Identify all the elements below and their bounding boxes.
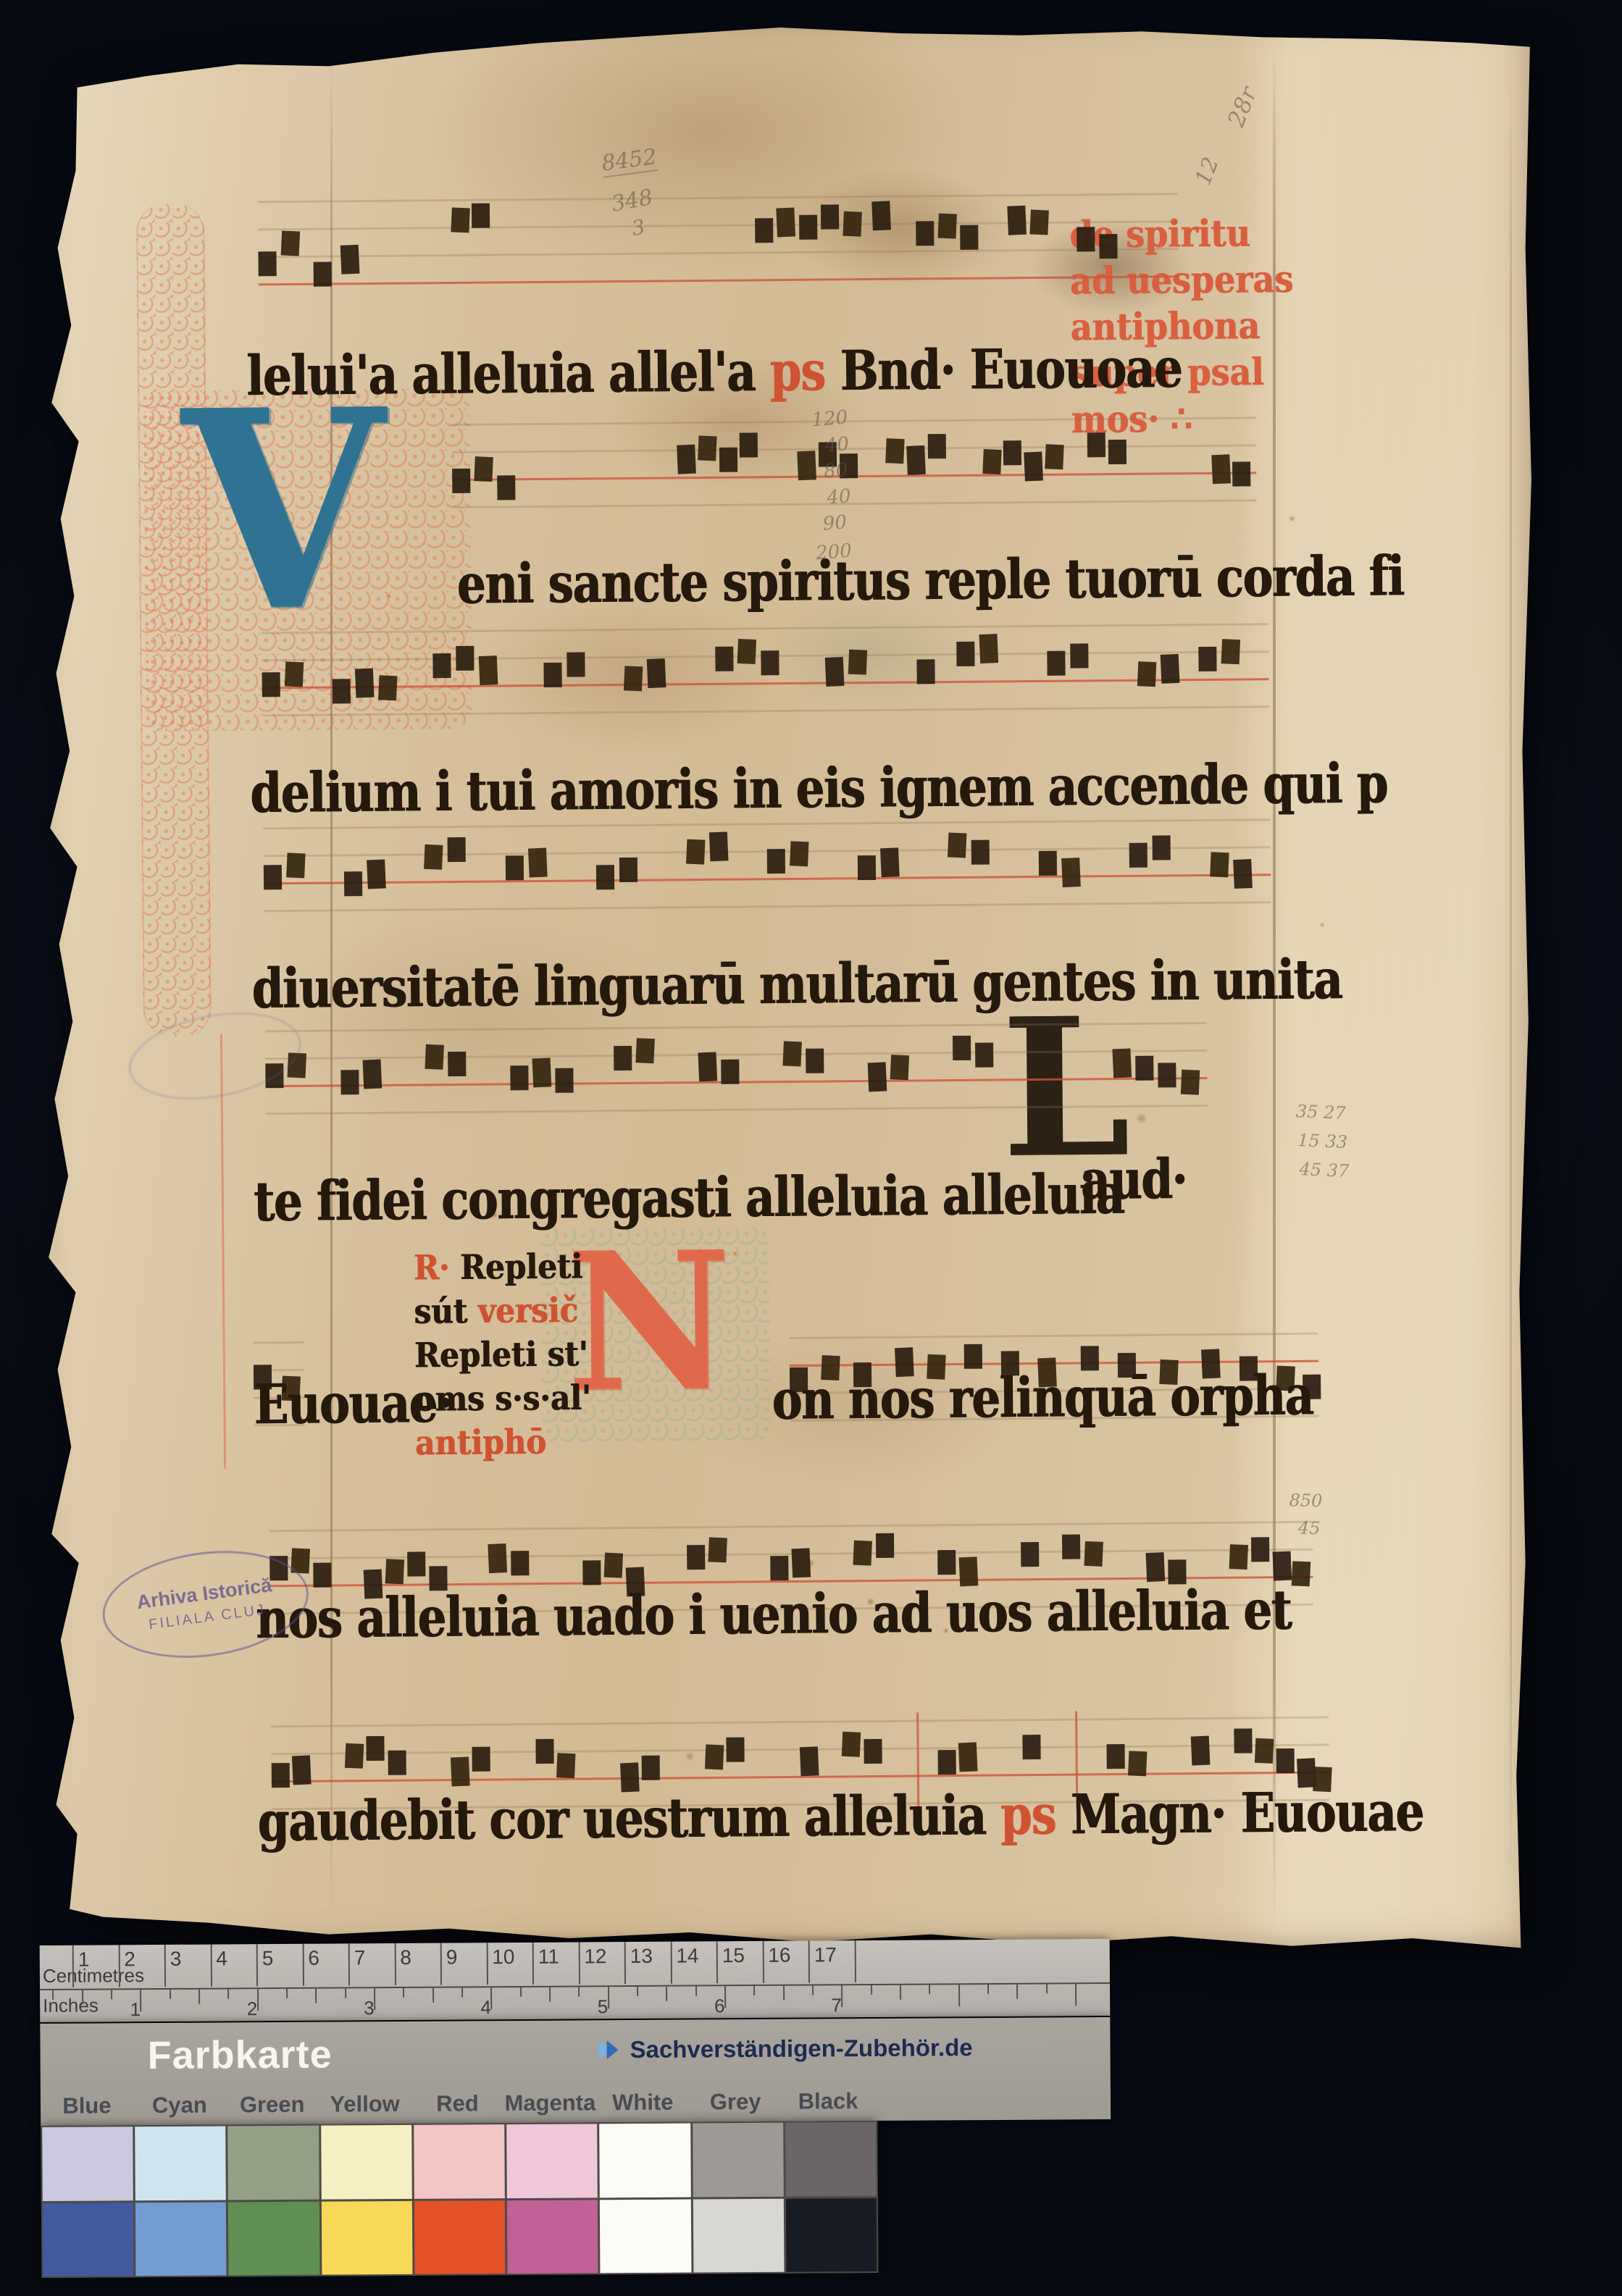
neume-note bbox=[708, 1537, 727, 1562]
swatch-strong-yellow bbox=[321, 2200, 412, 2274]
inch-tick bbox=[286, 1989, 288, 1998]
cm-tick bbox=[118, 1945, 120, 1987]
neume-note bbox=[474, 456, 493, 482]
neume-note bbox=[448, 837, 466, 862]
neume-note bbox=[971, 840, 990, 865]
inch-number: 5 bbox=[598, 1995, 609, 2018]
swatch-strong-cyan bbox=[135, 2202, 227, 2276]
neume-note bbox=[281, 1375, 300, 1401]
staff-line bbox=[262, 650, 1268, 661]
neume-note bbox=[510, 1065, 528, 1090]
chant-text-line: Euouae· bbox=[254, 1370, 452, 1436]
swatch-light-black bbox=[785, 2122, 877, 2196]
margin-note-line: R· Repleti bbox=[413, 1244, 590, 1290]
chant-text-lines: lelui'a alleluia allel'a ps Bnd· Euouoae… bbox=[25, 5, 1530, 18]
staff-line-red bbox=[270, 1576, 1313, 1588]
cm-number: 9 bbox=[446, 1946, 458, 1969]
neume-note bbox=[800, 1746, 819, 1776]
neume-note bbox=[958, 1556, 978, 1586]
neume-note bbox=[285, 661, 304, 687]
fold-crease-right bbox=[1273, 45, 1276, 1928]
neume-note bbox=[927, 1354, 945, 1380]
swatch-strong-green bbox=[228, 2201, 319, 2275]
neume-note bbox=[821, 1355, 840, 1380]
staff-line bbox=[259, 248, 1179, 258]
neume-note bbox=[1048, 651, 1066, 676]
inch-tick bbox=[403, 1988, 404, 1998]
rubric-line: super psal bbox=[1071, 348, 1295, 397]
neume-note bbox=[1061, 858, 1081, 887]
neume-note bbox=[1128, 1751, 1147, 1776]
neume-note bbox=[604, 1553, 623, 1578]
pencil-note: 348 bbox=[609, 185, 655, 217]
pencil-note: 28r bbox=[1222, 83, 1263, 130]
pencil-note: 12 bbox=[1190, 154, 1224, 188]
stamp-line2: FILIALA CLUJ bbox=[148, 1601, 267, 1633]
photo-stage: V N L aud· de spirituad uesperasantiphon… bbox=[0, 0, 1622, 2296]
neume-note bbox=[705, 1744, 724, 1769]
staff-system bbox=[271, 1717, 1329, 1813]
neume-note bbox=[868, 1062, 887, 1092]
inch-tick bbox=[82, 1990, 83, 2005]
swatch-label: Cyan bbox=[133, 2092, 226, 2119]
staff-barline bbox=[916, 1712, 919, 1810]
inch-tick bbox=[666, 1987, 667, 2001]
inch-tick bbox=[929, 1985, 930, 1995]
chant-text-segment: eni sancte spiritus reple tuorū corda fi bbox=[456, 544, 1404, 616]
neume-note bbox=[556, 1068, 574, 1093]
neume-note bbox=[385, 1559, 404, 1584]
margin-note-segment: Repleti bbox=[460, 1247, 583, 1287]
swatch-label: Blue bbox=[41, 2092, 133, 2119]
neume-note bbox=[792, 1548, 811, 1578]
inch-tick bbox=[578, 1987, 580, 1996]
staff-line bbox=[453, 499, 1257, 508]
neume-note bbox=[806, 1049, 824, 1073]
pencil-note: 80 bbox=[823, 459, 848, 483]
neume-note bbox=[755, 218, 773, 243]
cm-number: 8 bbox=[400, 1946, 411, 1969]
neume-note bbox=[937, 1750, 956, 1775]
staff-line bbox=[254, 1424, 305, 1427]
chant-text-segment: diuersitatē linguarū multarū gentes in u… bbox=[251, 947, 1342, 1021]
neume-note bbox=[314, 1563, 332, 1588]
inch-tick bbox=[753, 1986, 755, 1995]
inch-tick bbox=[227, 1989, 229, 1998]
ruler: Centimetres 1234567891011121314151617 In… bbox=[40, 1939, 1111, 2022]
staff-line-red bbox=[264, 873, 1271, 884]
neume-note bbox=[264, 865, 282, 889]
neume-note bbox=[258, 251, 276, 276]
swatch-strong-grey bbox=[693, 2198, 784, 2272]
swatch-light-red bbox=[414, 2124, 505, 2198]
cm-number: 1 bbox=[78, 1948, 90, 1972]
neume-note bbox=[1001, 1351, 1019, 1375]
staff-line bbox=[452, 416, 1256, 426]
music-staves bbox=[25, 5, 1530, 18]
staff-system bbox=[258, 193, 1179, 288]
brand-chevron-icon bbox=[596, 2036, 624, 2064]
inch-tick bbox=[170, 1990, 171, 1999]
color-card-title: Farbkarte bbox=[147, 2032, 332, 2079]
cm-number: 14 bbox=[676, 1944, 698, 1967]
inch-number: 7 bbox=[831, 1994, 842, 2016]
neume-note bbox=[262, 672, 280, 697]
inch-tick bbox=[315, 1989, 317, 2003]
penwork-rule bbox=[220, 1034, 226, 1469]
neume-note bbox=[719, 448, 737, 472]
cm-tick bbox=[624, 1942, 626, 1984]
neume-note bbox=[687, 1545, 705, 1570]
staff-system bbox=[790, 1333, 1319, 1424]
pencil-note: 8452 bbox=[600, 144, 659, 178]
neume-note bbox=[452, 469, 470, 493]
neume-note bbox=[819, 442, 837, 466]
stamp-line1: Arhiva Istorică bbox=[135, 1574, 273, 1614]
neume-note bbox=[425, 1044, 443, 1070]
pencil-note: 90 bbox=[822, 511, 848, 535]
neume-note bbox=[1077, 227, 1095, 251]
staff-line-red bbox=[262, 678, 1269, 689]
neume-note bbox=[1112, 1048, 1132, 1078]
neume-note bbox=[272, 1763, 290, 1788]
staff-line-red bbox=[259, 275, 1179, 285]
pencil-note: 15 33 bbox=[1297, 1130, 1348, 1152]
neume-note bbox=[1198, 647, 1216, 671]
neume-note bbox=[582, 1560, 601, 1585]
neume-note bbox=[528, 847, 548, 877]
neume-note bbox=[1137, 661, 1156, 687]
swatch-strong-black bbox=[786, 2197, 877, 2271]
chant-text-segment: Magn· Euouae bbox=[1070, 1779, 1424, 1846]
inch-tick bbox=[432, 1988, 434, 2003]
neume-note bbox=[1273, 1551, 1292, 1581]
cm-tick bbox=[532, 1943, 534, 1985]
neume-note bbox=[975, 1043, 993, 1068]
neume-note bbox=[355, 669, 375, 698]
neume-note bbox=[1180, 1070, 1199, 1095]
chant-text-segment: delium i tui amoris in eis ignem accende… bbox=[250, 751, 1388, 826]
neume-note bbox=[1158, 1063, 1176, 1087]
chant-text-line: lelui'a alleluia allel'a ps Bnd· Euouoae bbox=[246, 335, 1182, 408]
ruler-cm-row: Centimetres 1234567891011121314151617 bbox=[40, 1939, 1110, 1990]
swatch-light-green bbox=[228, 2126, 319, 2200]
chant-text-segment: ps bbox=[1000, 1782, 1071, 1848]
margin-note-line: antiphō bbox=[415, 1420, 592, 1465]
ruler-inch-row: Inches 1234567 bbox=[40, 1984, 1110, 2022]
neume-note bbox=[367, 859, 386, 889]
neume-note bbox=[864, 1739, 882, 1764]
cm-number: 4 bbox=[216, 1947, 227, 1970]
neume-note bbox=[333, 679, 351, 703]
cm-tick bbox=[808, 1941, 810, 1983]
inch-tick bbox=[1075, 1984, 1077, 2006]
margin-annotation: R· Repletisút versičRepleti st'oms s·s·a… bbox=[413, 1244, 591, 1465]
neume-note bbox=[642, 1756, 660, 1780]
neume-note bbox=[715, 647, 733, 671]
neume-note bbox=[280, 230, 299, 256]
staff-line bbox=[266, 1105, 1208, 1115]
penwork-initial-ground bbox=[143, 388, 472, 732]
neume-note bbox=[777, 207, 796, 237]
neume-note bbox=[433, 653, 451, 678]
cm-number: 17 bbox=[814, 1943, 837, 1966]
neume-note bbox=[254, 1365, 272, 1389]
neume-note bbox=[269, 1556, 288, 1580]
pencil-note: 3 bbox=[630, 214, 647, 240]
neume-note bbox=[1161, 654, 1180, 684]
neume-note bbox=[1080, 1346, 1098, 1370]
neume-note bbox=[1292, 1561, 1310, 1586]
margin-note-line: oms s·s·al' bbox=[414, 1376, 591, 1422]
inch-number: 3 bbox=[364, 1997, 375, 2019]
brand-text: Sachverständigen-Zubehör.de bbox=[630, 2034, 972, 2064]
neume-note bbox=[1232, 461, 1250, 486]
neume-note bbox=[737, 639, 756, 664]
swatch-strong-red bbox=[414, 2200, 506, 2274]
neume-note bbox=[890, 1055, 909, 1080]
neume-note bbox=[451, 1756, 470, 1786]
inch-tick bbox=[1016, 1985, 1018, 1999]
chant-text-line: gaudebit cor uestrum alleluia ps Magn· E… bbox=[257, 1779, 1424, 1853]
inch-tick bbox=[987, 1985, 989, 1994]
swatch-label: Grey bbox=[689, 2089, 782, 2116]
staff-line bbox=[452, 444, 1256, 453]
margin-note-segment: sút bbox=[414, 1291, 478, 1331]
pencil-note: 35 27 bbox=[1295, 1101, 1346, 1123]
chant-text-line: delium i tui amoris in eis ignem accende… bbox=[250, 751, 1388, 826]
neume-note bbox=[1159, 1359, 1178, 1385]
neume-note bbox=[488, 1543, 508, 1573]
neume-note bbox=[286, 852, 305, 878]
chant-text-segment: te fidei congregasti alleluia alleluia bbox=[254, 1162, 1124, 1234]
inch-number: 2 bbox=[247, 1998, 258, 2020]
neume-note bbox=[647, 658, 666, 688]
staff-line bbox=[264, 901, 1271, 912]
neume-note bbox=[1070, 643, 1088, 668]
neume-note bbox=[858, 855, 876, 880]
neume-note bbox=[388, 1751, 406, 1775]
neume-note bbox=[472, 204, 490, 228]
staff-line bbox=[790, 1415, 1319, 1422]
neume-note bbox=[709, 831, 729, 861]
color-card-brand: Sachverständigen-Zubehör.de bbox=[596, 2034, 972, 2064]
color-card: Farbkarte Sachverständigen-Zubehör.de Bl… bbox=[40, 2017, 1111, 2126]
parchment-sheet: V N L aud· de spirituad uesperasantiphon… bbox=[28, 16, 1533, 1950]
pencil-note: 200 bbox=[815, 540, 853, 565]
neume-note bbox=[532, 1057, 552, 1087]
neume-note bbox=[1117, 1353, 1135, 1378]
neume-note bbox=[853, 1541, 872, 1566]
neume-note bbox=[956, 642, 974, 666]
staff-barline bbox=[1075, 1711, 1078, 1809]
chant-text-line: nos alleluia uado i uenio ad uos allelui… bbox=[256, 1578, 1292, 1651]
staff-line-red bbox=[266, 1077, 1208, 1087]
margin-note-segment: antiphō bbox=[415, 1422, 547, 1462]
neume-note bbox=[842, 1732, 861, 1757]
neume-note bbox=[872, 201, 892, 230]
swatch-light-magenta bbox=[506, 2124, 598, 2197]
cm-tick bbox=[348, 1943, 350, 1985]
neume-note bbox=[544, 663, 562, 687]
neume-note bbox=[1108, 440, 1126, 464]
inch-tick bbox=[1046, 1985, 1048, 1994]
cm-number: 10 bbox=[492, 1945, 514, 1969]
inch-number: 6 bbox=[714, 1995, 725, 2017]
neume-note bbox=[1313, 1767, 1332, 1792]
neume-note bbox=[799, 215, 817, 240]
neume-note bbox=[798, 451, 817, 480]
neume-note bbox=[825, 657, 845, 687]
chant-text-line: diuersitatē linguarū multarū gentes in u… bbox=[251, 947, 1342, 1021]
neume-note bbox=[345, 1743, 364, 1769]
chant-text-segment: ps bbox=[769, 338, 840, 403]
staff-system bbox=[452, 416, 1257, 511]
neume-note bbox=[698, 1052, 717, 1081]
neume-note bbox=[626, 1567, 645, 1596]
staff-line-red bbox=[452, 472, 1256, 481]
neume-note bbox=[721, 1060, 739, 1084]
inch-tick bbox=[958, 1985, 960, 2006]
neume-note bbox=[363, 1059, 382, 1089]
inch-tick bbox=[812, 1986, 814, 1995]
chant-text-line: on nos relinquā orpha bbox=[772, 1363, 1313, 1433]
cm-tick bbox=[440, 1943, 442, 1985]
library-stamp: Arhiva Istorică FILIALA CLUJ bbox=[96, 1539, 315, 1669]
pencil-note: 45 37 bbox=[1299, 1159, 1350, 1181]
neume-note bbox=[288, 1052, 306, 1078]
rust-stains bbox=[28, 16, 1533, 1950]
decorated-initial-n: N bbox=[565, 1244, 732, 1401]
fold-crease-left bbox=[330, 59, 333, 1914]
neume-note bbox=[848, 650, 867, 675]
staff-line bbox=[265, 1049, 1207, 1060]
staff-line-red bbox=[272, 1772, 1329, 1783]
neume-note bbox=[840, 453, 858, 478]
neume-note bbox=[948, 832, 966, 858]
neume-note bbox=[505, 855, 523, 880]
neume-note bbox=[1168, 1559, 1186, 1584]
cm-tick bbox=[670, 1942, 672, 1984]
inch-tick bbox=[111, 1990, 112, 1999]
inch-tick bbox=[871, 1985, 872, 1995]
neume-note bbox=[1129, 843, 1147, 868]
neume-note bbox=[1039, 851, 1057, 876]
margin-note-segment: versič bbox=[477, 1290, 578, 1331]
staff-system bbox=[265, 1022, 1208, 1117]
neume-note bbox=[1107, 1744, 1125, 1769]
neume-note bbox=[556, 1753, 575, 1778]
neume-note bbox=[1135, 1056, 1153, 1081]
neume-note bbox=[843, 211, 861, 237]
penwork-border bbox=[136, 204, 212, 1037]
swatch-strong-magenta bbox=[507, 2200, 598, 2274]
neume-note bbox=[1084, 1541, 1103, 1567]
neume-note bbox=[1099, 234, 1117, 259]
decorated-initial-v: V bbox=[181, 398, 385, 624]
pencil-note: 120 bbox=[811, 407, 848, 432]
neume-note bbox=[1210, 852, 1229, 877]
cm-tick bbox=[302, 1944, 304, 1986]
staff-line-red bbox=[790, 1360, 1318, 1367]
red-rubric: de spirituad uesperasantiphonasuper psal… bbox=[1069, 210, 1295, 443]
neume-note bbox=[1251, 1537, 1269, 1562]
manuscript-content: V N L aud· de spirituad uesperasantiphon… bbox=[25, 5, 1547, 1952]
neume-note bbox=[407, 1551, 425, 1576]
chant-text-line: eni sancte spiritus reple tuorū corda fi bbox=[456, 544, 1404, 616]
neume-note bbox=[596, 865, 614, 889]
neume-note bbox=[979, 634, 998, 663]
neume-note bbox=[424, 845, 443, 870]
pencil-note: 850 bbox=[1289, 1490, 1323, 1511]
neume-note bbox=[928, 434, 946, 458]
cm-tick bbox=[72, 1945, 74, 1987]
neume-note bbox=[767, 849, 785, 873]
staff-line bbox=[264, 846, 1271, 857]
staff-line bbox=[271, 1717, 1329, 1728]
neume-note bbox=[790, 1367, 808, 1392]
neume-note bbox=[1239, 1356, 1257, 1380]
inch-tick bbox=[549, 1987, 551, 2002]
color-swatch-grid bbox=[41, 2121, 878, 2278]
swatch-strong-blue bbox=[43, 2203, 134, 2276]
neume-note bbox=[740, 432, 758, 457]
neume-note bbox=[1037, 1357, 1057, 1387]
cm-tick bbox=[486, 1943, 488, 1985]
laud-suffix-text: aud· bbox=[1080, 1147, 1187, 1212]
neume-note bbox=[344, 871, 362, 896]
cm-tick bbox=[256, 1944, 258, 1986]
cm-number: 16 bbox=[768, 1944, 790, 1967]
neume-note bbox=[620, 1762, 640, 1792]
neume-note bbox=[340, 1070, 359, 1094]
neume-note bbox=[1045, 444, 1063, 469]
swatch-light-white bbox=[600, 2124, 691, 2197]
staff-line bbox=[265, 1022, 1207, 1032]
neume-note bbox=[1276, 1366, 1295, 1391]
inch-tick bbox=[783, 1986, 785, 2000]
staff-line bbox=[269, 1521, 1313, 1533]
neume-note bbox=[790, 841, 808, 866]
neume-note bbox=[853, 1362, 871, 1387]
neume-note bbox=[916, 659, 935, 684]
cm-tick bbox=[394, 1943, 396, 1985]
margin-note-line: Repleti st' bbox=[414, 1332, 591, 1378]
inch-tick bbox=[637, 1987, 638, 1996]
neume-note bbox=[1211, 454, 1231, 484]
fold-crease-edge bbox=[1510, 67, 1512, 1892]
neume-note bbox=[619, 858, 637, 882]
cm-number: 15 bbox=[722, 1944, 745, 1967]
neume-note bbox=[1029, 209, 1048, 235]
laud-suffix-label: aud· bbox=[1080, 1147, 1187, 1212]
staff-line bbox=[272, 1799, 1329, 1811]
cm-tick bbox=[854, 1940, 856, 1982]
swatch-label: Black bbox=[782, 2088, 874, 2115]
cm-number: 7 bbox=[354, 1946, 366, 1969]
neume-note bbox=[378, 675, 397, 700]
neume-note bbox=[456, 646, 475, 671]
neume-note bbox=[535, 1739, 553, 1764]
inch-tick bbox=[461, 1987, 463, 1997]
neume-note bbox=[821, 204, 839, 229]
pencil-annotations: 28r12845234831204080409020035 2715 3345 … bbox=[25, 5, 1530, 18]
chant-text-segment: gaudebit cor uestrum alleluia bbox=[257, 1783, 1000, 1854]
neume-note bbox=[686, 839, 705, 865]
neume-note bbox=[1003, 440, 1021, 465]
decorated-initial-l: L bbox=[1001, 1010, 1130, 1167]
swatch-label: Yellow bbox=[319, 2091, 411, 2118]
